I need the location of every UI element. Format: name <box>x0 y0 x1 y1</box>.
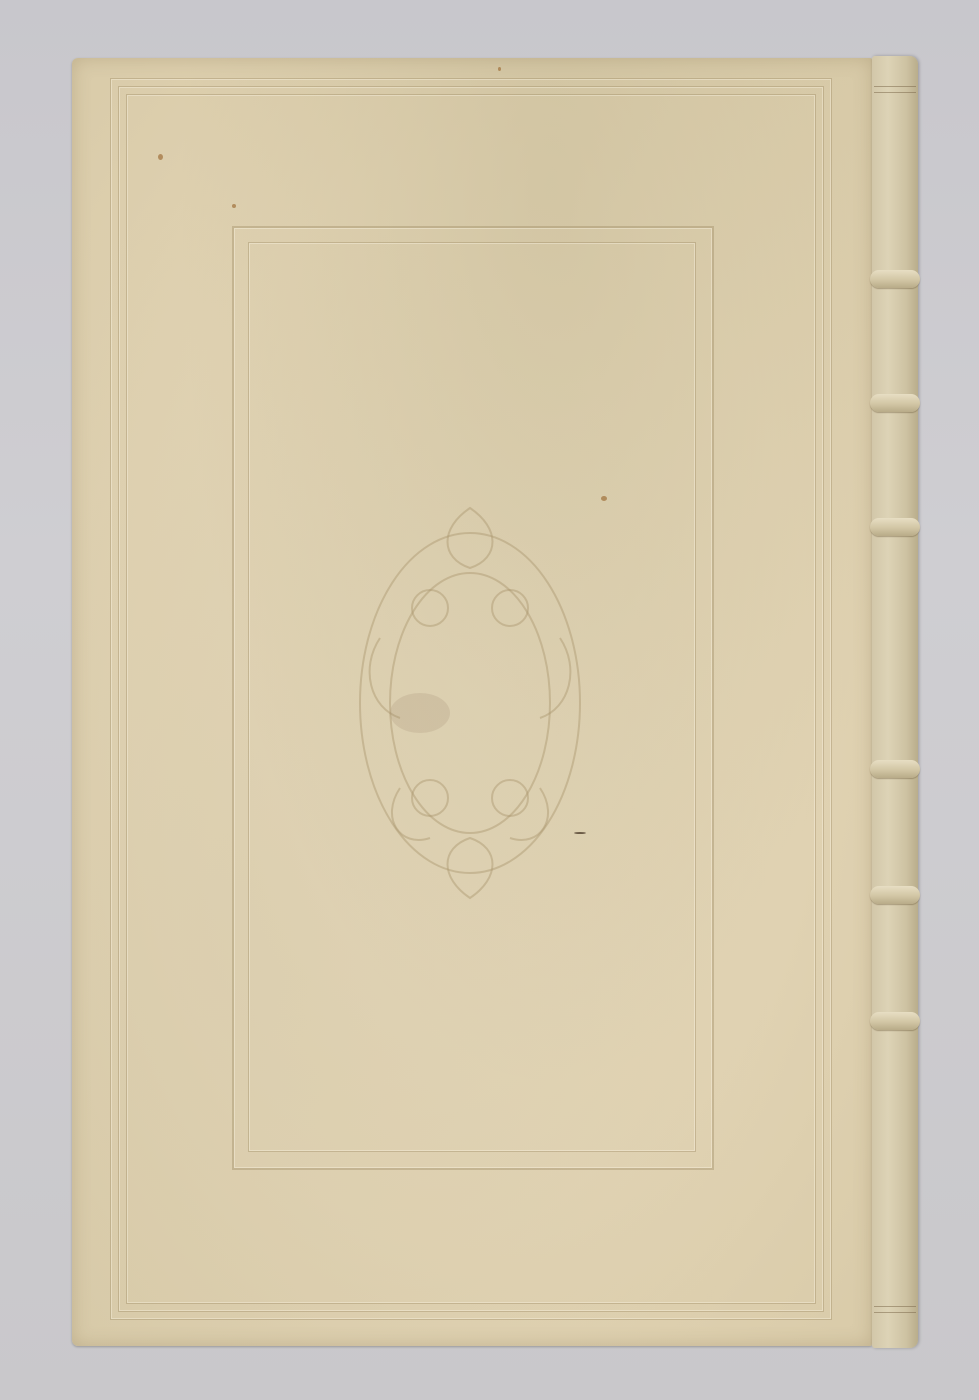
center-ornament-icon <box>340 488 600 918</box>
raised-band <box>870 518 920 536</box>
book-spine <box>872 56 918 1348</box>
spine-fillet <box>874 92 916 93</box>
raised-band <box>870 270 920 288</box>
foxing-spot <box>601 496 607 501</box>
spine-fillet <box>874 1312 916 1313</box>
raised-band <box>870 760 920 778</box>
raised-band <box>870 886 920 904</box>
foxing-spot <box>498 67 501 71</box>
book-cover <box>72 58 872 1346</box>
foxing-spot <box>574 832 586 834</box>
foxing-spot <box>158 154 163 160</box>
raised-band <box>870 394 920 412</box>
raised-band <box>870 1012 920 1030</box>
spine-fillet <box>874 86 916 87</box>
book <box>72 56 918 1348</box>
spine-fillet <box>874 1306 916 1307</box>
foxing-spot <box>232 204 236 208</box>
